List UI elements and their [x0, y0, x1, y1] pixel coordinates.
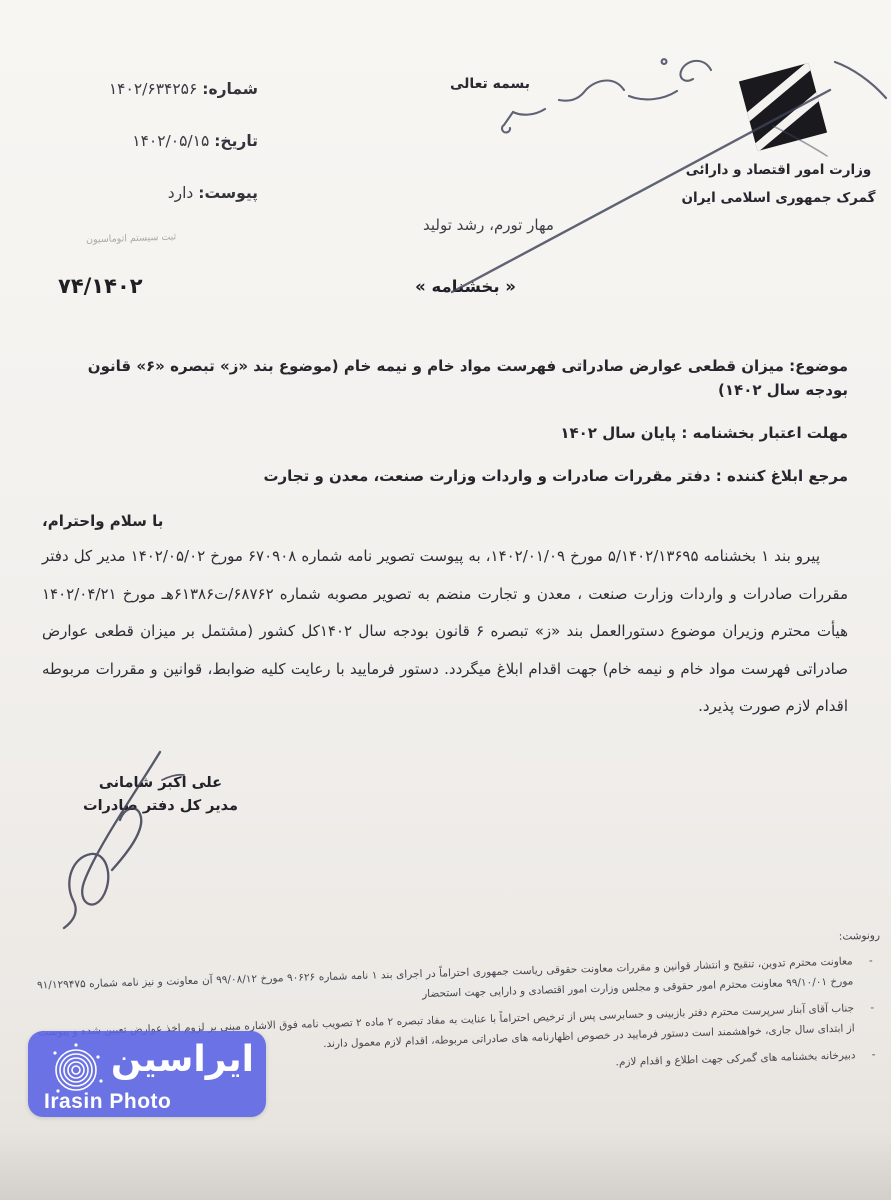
- signature-block: علی اکبر شامانی مدیر کل دفتر صادرات: [58, 772, 263, 818]
- scanned-circular-document: شماره: ۱۴۰۲/۶۳۴۲۵۶ تاریخ: ۱۴۰۲/۰۵/۱۵ پیو…: [0, 0, 891, 1200]
- ministry-name: وزارت امور اقتصاد و دارائی: [676, 156, 881, 184]
- footnote-dash: -: [870, 998, 874, 1018]
- letterhead-fields: شماره: ۱۴۰۲/۶۳۴۲۵۶ تاریخ: ۱۴۰۲/۰۵/۱۵ پیو…: [58, 80, 258, 236]
- salutation: با سلام واحترام،: [42, 512, 163, 530]
- letter-date-row: تاریخ: ۱۴۰۲/۰۵/۱۵: [58, 132, 258, 184]
- signatory-title: مدیر کل دفتر صادرات: [58, 795, 263, 818]
- customs-logo-icon: [716, 58, 851, 158]
- issuer-label: مرجع ابلاغ کننده :: [716, 467, 848, 485]
- footnote-text: دبیرخانه بخشنامه های گمرکی جهت اطلاع و ا…: [615, 1049, 855, 1068]
- circular-body-paragraph: پیرو بند ۱ بخشنامه ۵/۱۴۰۲/۱۳۶۹۵ مورخ ۱۴۰…: [42, 538, 848, 726]
- circular-title: « بخشنامه »: [393, 277, 538, 296]
- irasin-brand-english: Irasin Photo: [44, 1090, 171, 1114]
- besmele-taali: بسمه تعالی: [430, 76, 550, 92]
- year-slogan: مهار تورم، رشد تولید: [423, 216, 554, 234]
- letter-date-label: تاریخ:: [214, 132, 258, 150]
- validity-label: مهلت اعتبار بخشنامه :: [681, 424, 848, 442]
- subject-text: میزان قطعی عوارض صادراتی فهرست مواد خام …: [88, 357, 848, 399]
- handwritten-signature: [42, 742, 222, 932]
- validity-text: پایان سال ۱۴۰۲: [560, 424, 676, 442]
- signatory-name: علی اکبر شامانی: [58, 772, 263, 795]
- subject-label: موضوع:: [789, 357, 848, 375]
- letter-attachment-label: پیوست:: [198, 184, 258, 202]
- footnote-dash: -: [869, 951, 873, 971]
- subject-block: موضوع: میزان قطعی عوارض صادراتی فهرست مو…: [42, 354, 848, 507]
- organization-names: وزارت امور اقتصاد و دارائی گمرک جمهوری ا…: [676, 156, 881, 212]
- letter-attachment-row: پیوست: دارد: [58, 184, 258, 236]
- letter-number-label: شماره:: [202, 80, 258, 98]
- letter-number-value: ۱۴۰۲/۶۳۴۲۵۶: [109, 80, 197, 98]
- irasin-watermark-badge: ایراسین Irasin Photo: [28, 1031, 266, 1117]
- letter-number-row: شماره: ۱۴۰۲/۶۳۴۲۵۶: [58, 80, 258, 132]
- issuer-line: مرجع ابلاغ کننده : دفتر مقررات صادرات و …: [42, 464, 848, 488]
- letter-date-value: ۱۴۰۲/۰۵/۱۵: [132, 132, 209, 150]
- irasin-brand-farsi: ایراسین: [111, 1039, 254, 1080]
- customs-name: گمرک جمهوری اسلامی ایران: [676, 184, 881, 212]
- subject-line: موضوع: میزان قطعی عوارض صادراتی فهرست مو…: [42, 354, 848, 402]
- issuer-text: دفتر مقررات صادرات و واردات وزارت صنعت، …: [263, 467, 710, 485]
- validity-line: مهلت اعتبار بخشنامه : پایان سال ۱۴۰۲: [42, 421, 848, 445]
- circular-ref-number: ۷۴/۱۴۰۲: [58, 274, 143, 298]
- footnote-dash: -: [871, 1045, 875, 1065]
- automation-stamp-note: ثبت سیستم اتوماسیون: [86, 231, 177, 245]
- letter-attachment-value: دارد: [168, 184, 194, 202]
